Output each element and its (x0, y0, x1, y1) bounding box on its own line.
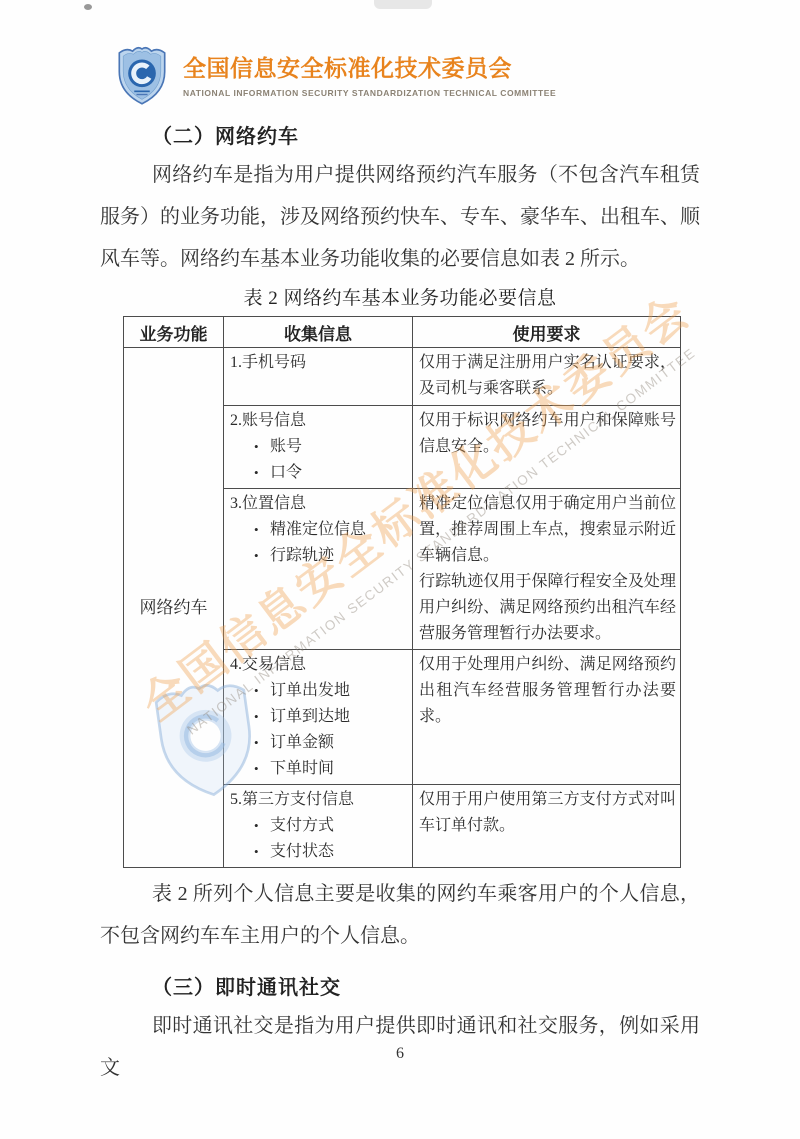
table-caption: 表 2 网络约车基本业务功能必要信息 (100, 283, 700, 310)
bullet-icon: • (254, 704, 270, 730)
collected-info-cell: 4.交易信息•订单出发地•订单到达地•订单金额•下单时间 (224, 650, 413, 785)
collected-info-item: •下单时间 (230, 756, 408, 782)
bullet-icon: • (254, 460, 270, 486)
collected-info-item: •口令 (230, 460, 408, 486)
header-usage-requirement: 使用要求 (413, 317, 681, 348)
collected-info-title: 5.第三方支付信息 (230, 787, 408, 813)
collected-info-title: 3.位置信息 (230, 491, 408, 517)
header-business-function: 业务功能 (124, 317, 224, 348)
paragraph-ride-hailing-intro: 网络约车是指为用户提供网络预约汽车服务（不包含汽车租赁服务）的业务功能，涉及网络… (100, 154, 700, 280)
bullet-icon: • (254, 730, 270, 756)
org-name-cn: 全国信息安全标准化技术委员会 (183, 50, 556, 83)
bullet-icon: • (254, 543, 270, 569)
collected-info-item: •账号 (230, 434, 408, 460)
usage-requirement-cell: 仅用于用户使用第三方支付方式对叫车订单付款。 (413, 785, 681, 868)
scan-artifact-smudge (374, 0, 432, 9)
usage-requirement-cell: 仅用于标识网络约车用户和保障账号信息安全。 (413, 406, 681, 489)
collected-info-item: •行踪轨迹 (230, 543, 408, 569)
usage-paragraph: 仅用于满足注册用户实名认证要求，及司机与乘客联系。 (419, 350, 676, 402)
org-name-en: NATIONAL INFORMATION SECURITY STANDARDIZ… (183, 88, 556, 98)
bullet-icon: • (254, 756, 270, 782)
collected-info-item: •订单出发地 (230, 678, 408, 704)
document-content: （二）网络约车 网络约车是指为用户提供网络预约汽车服务（不包含汽车租赁服务）的业… (100, 106, 700, 1089)
collected-info-title: 4.交易信息 (230, 652, 408, 678)
collected-info-item-label: 支付状态 (270, 839, 408, 865)
table-header-row: 业务功能 收集信息 使用要求 (124, 317, 681, 348)
table-ride-hailing-info: 业务功能 收集信息 使用要求 网络约车1.手机号码仅用于满足注册用户实名认证要求… (123, 316, 681, 868)
collected-info-cell: 5.第三方支付信息•支付方式•支付状态 (224, 785, 413, 868)
bullet-icon: • (254, 434, 270, 460)
collected-info-title: 1.手机号码 (230, 350, 408, 376)
collected-info-item-label: 精准定位信息 (270, 517, 408, 543)
collected-info-title: 2.账号信息 (230, 408, 408, 434)
usage-requirement-cell: 仅用于处理用户纠纷、满足网络预约出租汽车经营服务管理暂行办法要求。 (413, 650, 681, 785)
collected-info-item-label: 行踪轨迹 (270, 543, 408, 569)
collected-info-item-label: 订单到达地 (270, 704, 408, 730)
usage-paragraph: 仅用于用户使用第三方支付方式对叫车订单付款。 (419, 787, 676, 839)
collected-info-item: •订单金额 (230, 730, 408, 756)
table-row: 网络约车1.手机号码仅用于满足注册用户实名认证要求，及司机与乘客联系。 (124, 348, 681, 406)
usage-paragraph: 仅用于标识网络约车用户和保障账号信息安全。 (419, 408, 676, 460)
scan-artifact-dot (84, 4, 92, 10)
collected-info-item-label: 订单出发地 (270, 678, 408, 704)
collected-info-item-label: 账号 (270, 434, 408, 460)
usage-requirement-cell: 仅用于满足注册用户实名认证要求，及司机与乘客联系。 (413, 348, 681, 406)
collected-info-cell: 3.位置信息•精准定位信息•行踪轨迹 (224, 489, 413, 650)
collected-info-item-label: 口令 (270, 460, 408, 486)
collected-info-item: •订单到达地 (230, 704, 408, 730)
document-page: 全国信息安全标准化技术委员会 NATIONAL INFORMATION SECU… (0, 0, 800, 1139)
business-function-cell: 网络约车 (124, 348, 224, 868)
section-heading-ride-hailing: （二）网络约车 (152, 120, 700, 149)
committee-name-block: 全国信息安全标准化技术委员会 NATIONAL INFORMATION SECU… (183, 44, 556, 98)
bullet-icon: • (254, 839, 270, 865)
collected-info-item: •支付方式 (230, 813, 408, 839)
collected-info-item-label: 订单金额 (270, 730, 408, 756)
paragraph-table-note: 表 2 所列个人信息主要是收集的网约车乘客用户的个人信息，不包含网约车车主用户的… (100, 873, 700, 957)
bullet-icon: • (254, 517, 270, 543)
usage-paragraph: 行踪轨迹仅用于保障行程安全及处理用户纠纷、满足网络预约出租汽车经营服务管理暂行办… (419, 569, 676, 647)
bullet-icon: • (254, 813, 270, 839)
section-heading-instant-messaging: （三）即时通讯社交 (152, 971, 700, 1000)
collected-info-item: •精准定位信息 (230, 517, 408, 543)
collected-info-item: •支付状态 (230, 839, 408, 865)
committee-shield-logo-icon (113, 44, 171, 106)
bullet-icon: • (254, 678, 270, 704)
collected-info-cell: 2.账号信息•账号•口令 (224, 406, 413, 489)
collected-info-cell: 1.手机号码 (224, 348, 413, 406)
committee-header: 全国信息安全标准化技术委员会 NATIONAL INFORMATION SECU… (113, 44, 556, 106)
usage-requirement-cell: 精准定位信息仅用于确定用户当前位置，推荐周围上车点，搜索显示附近车辆信息。行踪轨… (413, 489, 681, 650)
page-number: 6 (0, 1045, 800, 1063)
collected-info-item-label: 支付方式 (270, 813, 408, 839)
collected-info-item-label: 下单时间 (270, 756, 408, 782)
usage-paragraph: 仅用于处理用户纠纷、满足网络预约出租汽车经营服务管理暂行办法要求。 (419, 652, 676, 730)
usage-paragraph: 精准定位信息仅用于确定用户当前位置，推荐周围上车点，搜索显示附近车辆信息。 (419, 491, 676, 569)
header-collected-info: 收集信息 (224, 317, 413, 348)
